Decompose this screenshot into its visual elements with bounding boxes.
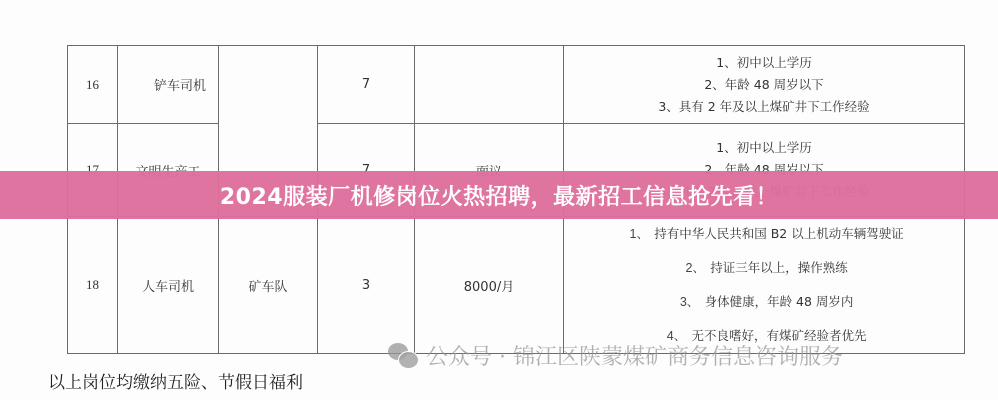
watermark-text: 公众号 · 锦江区陕蒙煤矿商务信息咨询服务	[426, 340, 843, 371]
title-banner: 2024服装厂机修岗位火热招聘，最新招工信息抢先看！	[0, 171, 998, 219]
table-row: 16 铲车司机 7 1、初中以上学历 2、年龄 48 周岁以下 3、具有 2 年…	[68, 46, 965, 124]
row-number: 16	[68, 46, 118, 124]
requirement-item: 1、初中以上学历	[564, 52, 964, 74]
position-name: 铲车司机	[118, 46, 219, 124]
requirement-text: 身体健康，年龄 48 周岁内	[705, 294, 854, 309]
salary	[415, 46, 564, 124]
table-row: 18 人车司机 矿车队 3 8000/月 1、持有中华人民共和国 B2 以上机动…	[68, 217, 965, 354]
row-number: 18	[68, 217, 118, 354]
requirements-cell: 1、初中以上学历 2、年龄 48 周岁以下 3、具有 2 年及以上煤矿井下工作经…	[564, 46, 965, 124]
requirement-item: 1、持有中华人民共和国 B2 以上机动车辆驾驶证	[564, 217, 964, 251]
requirement-index: 3、	[675, 286, 705, 319]
requirement-item: 3、身体健康，年龄 48 周岁内	[564, 285, 964, 319]
position-name: 人车司机	[118, 217, 219, 354]
watermark: 公众号 · 锦江区陕蒙煤矿商务信息咨询服务	[388, 340, 843, 371]
requirement-item: 3、具有 2 年及以上煤矿井下工作经验	[564, 96, 964, 118]
requirement-text: 持证三年以上，操作熟练	[710, 260, 848, 275]
requirement-index: 2、	[680, 252, 710, 285]
salary: 8000/月	[415, 217, 564, 354]
requirements-cell: 1、持有中华人民共和国 B2 以上机动车辆驾驶证 2、持证三年以上，操作熟练 3…	[564, 217, 965, 354]
requirement-item: 2、持证三年以上，操作熟练	[564, 251, 964, 285]
requirement-index: 1、	[624, 218, 654, 251]
requirement-text: 持有中华人民共和国 B2 以上机动车辆驾驶证	[654, 226, 903, 241]
requirement-item: 2、年龄 48 周岁以下	[564, 74, 964, 96]
headcount: 7	[318, 46, 415, 124]
requirement-item: 1、初中以上学历	[564, 137, 964, 159]
wechat-icon	[388, 343, 418, 369]
department-cell: 矿车队	[219, 217, 318, 354]
headcount: 3	[318, 217, 415, 354]
banner-title: 2024服装厂机修岗位火热招聘，最新招工信息抢先看！	[220, 180, 778, 211]
benefits-note: 以上岗位均缴纳五险、节假日福利	[48, 368, 303, 393]
